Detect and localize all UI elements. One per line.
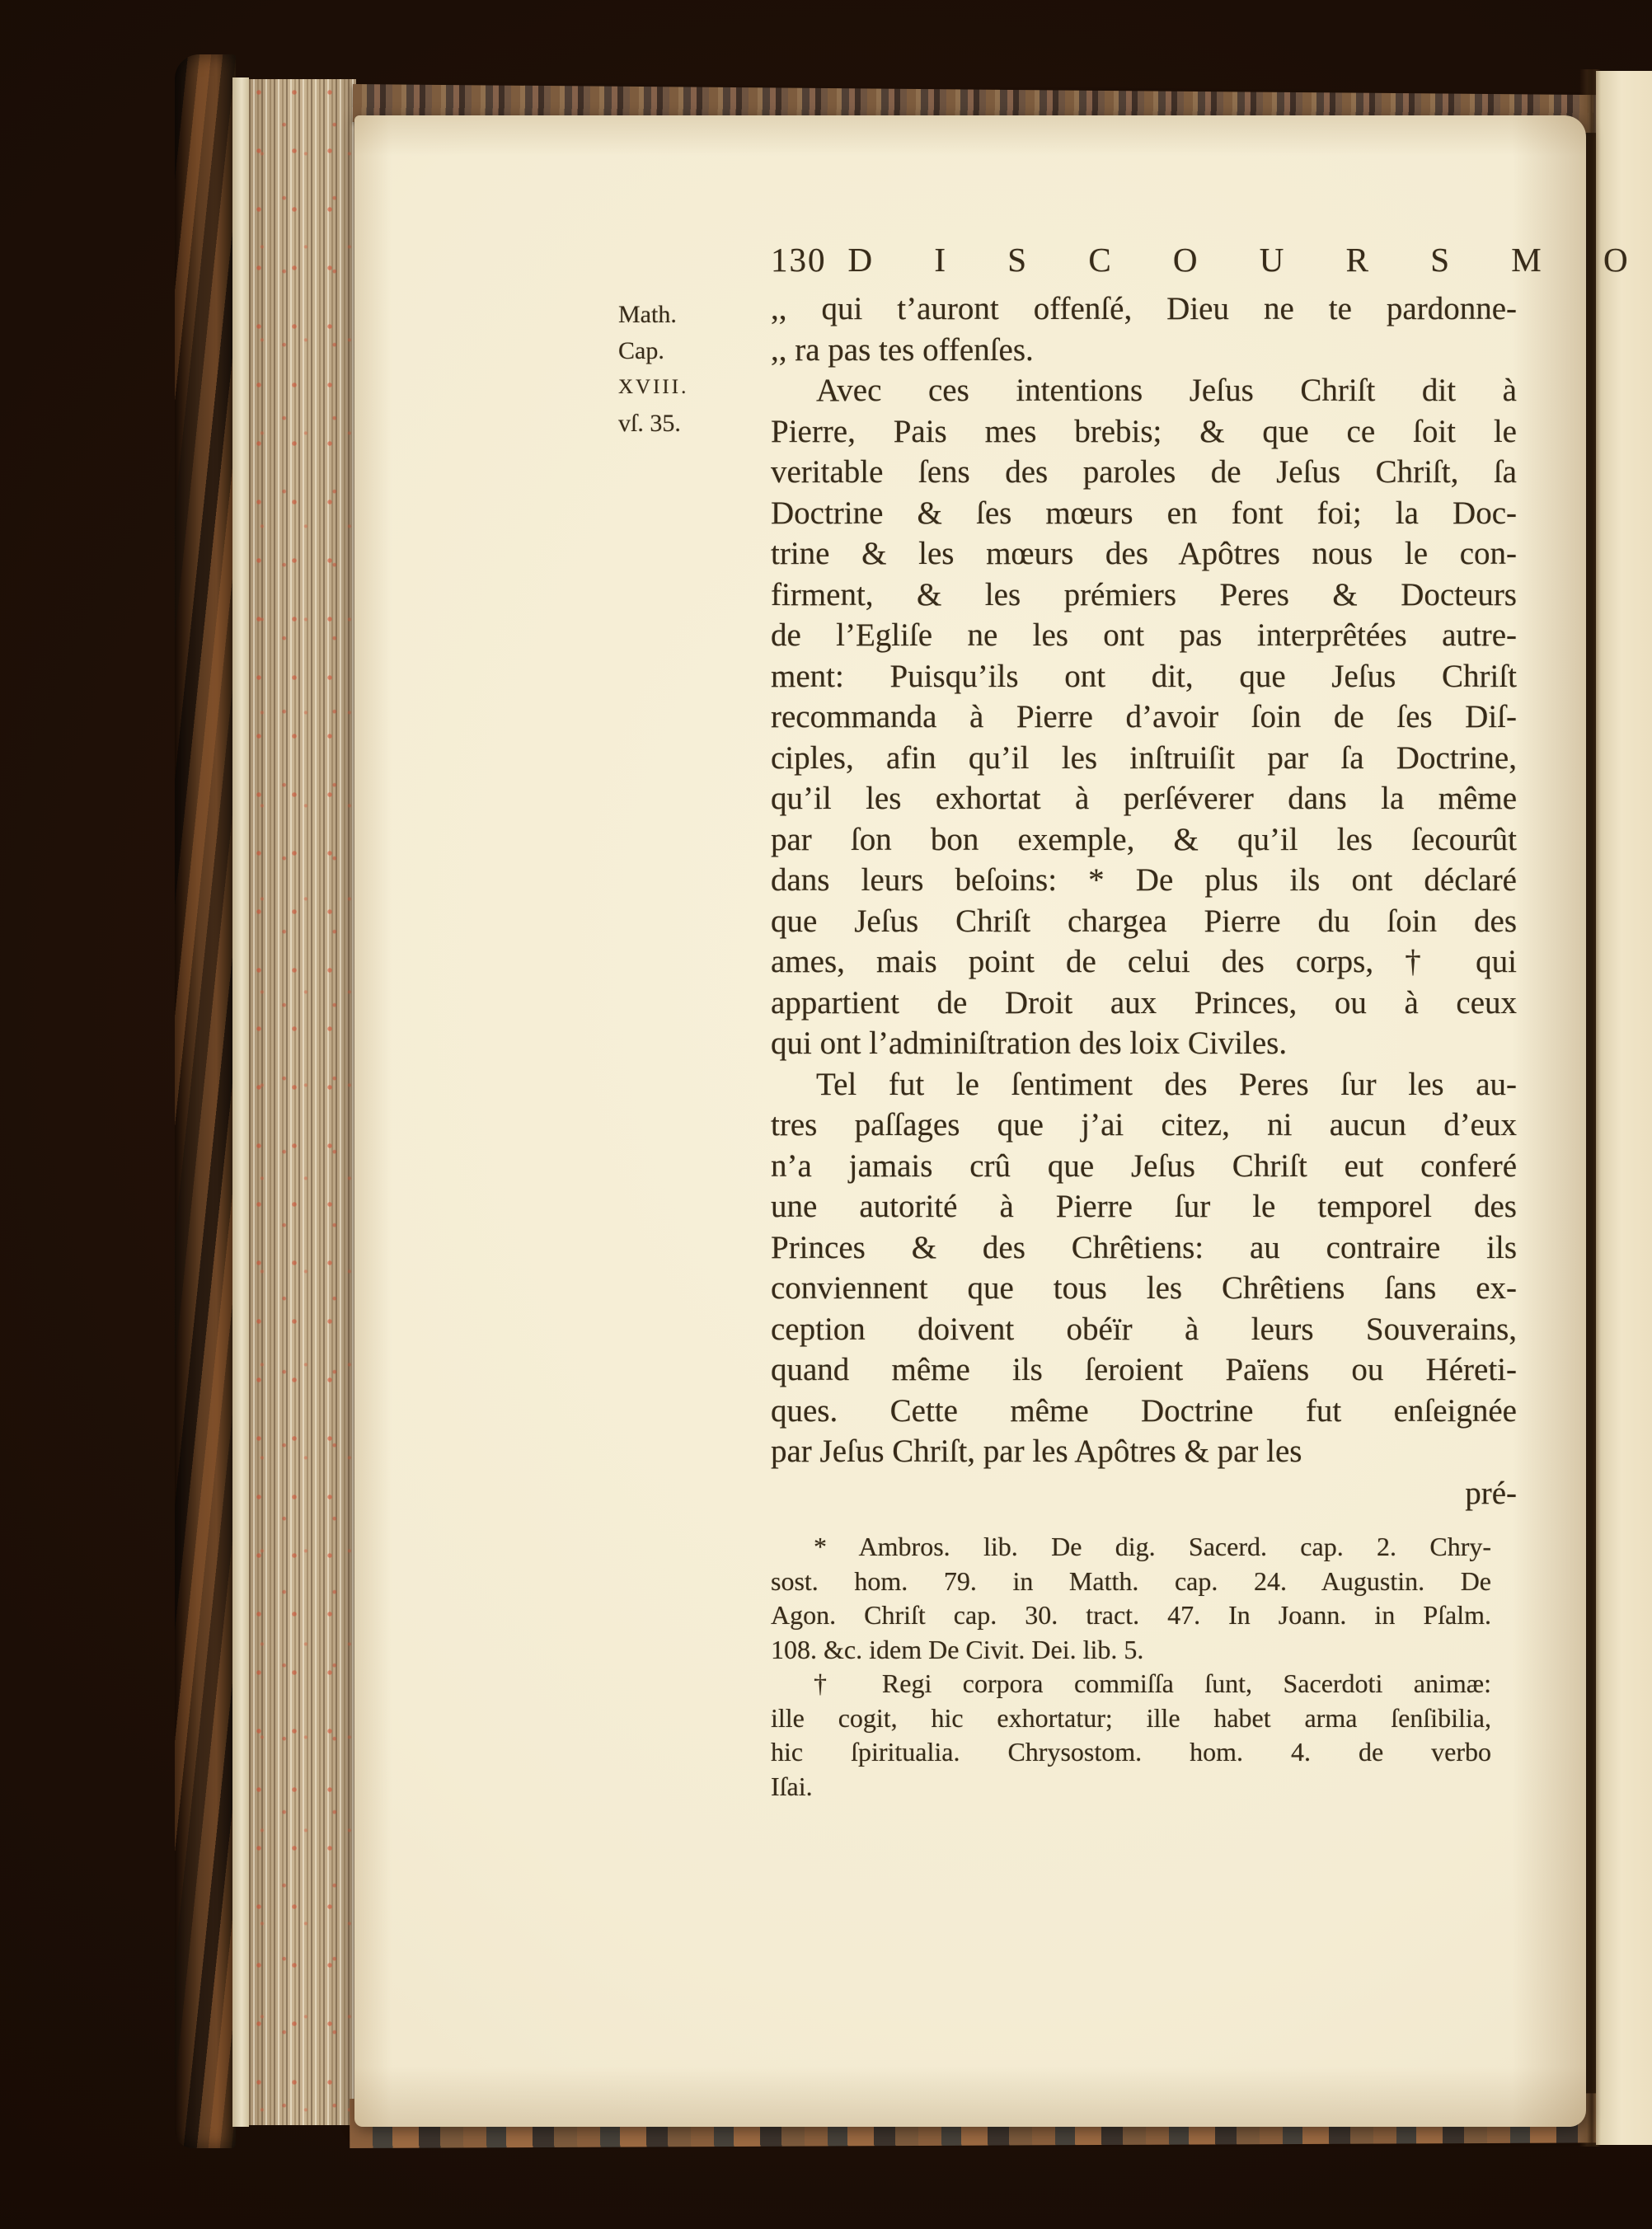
body-line: ciples, afin qu’il les inſtruiſit par ſa… [771, 738, 1517, 779]
body-line: Avec ces intentions Jeſus Chriſt dit à [771, 370, 1517, 411]
body-line: que Jeſus Chriſt chargea Pierre du ſoin … [771, 901, 1517, 942]
page-number: 130 [771, 241, 827, 279]
body-line: veritable ſens des paroles de Jeſus Chri… [771, 452, 1517, 493]
body-line: par Jeſus Chriſt, par les Apôtres & par … [771, 1431, 1517, 1472]
margin-note-line: vſ. 35. [618, 406, 765, 442]
body-line: ames, mais point de celui des corps, † q… [771, 941, 1517, 983]
body-line: n’a jamais crû que Jeſus Chriſt eut conf… [771, 1146, 1517, 1187]
book-spine-leather-edge [175, 54, 236, 2148]
footnote-line: * Ambros. lib. De dig. Sacerd. cap. 2. C… [771, 1530, 1491, 1565]
body-line: quand même ils ſeroient Païens ou Héreti… [771, 1349, 1517, 1391]
footnote-line: hic ſpiritualia. Chrysostom. hom. 4. de … [771, 1735, 1491, 1770]
footnote-line: Agon. Chriſt cap. 30. tract. 47. In Joan… [771, 1598, 1491, 1633]
fore-edge-page-block [249, 79, 356, 2125]
body-line: ,, qui t’auront offenſé, Dieu ne te pard… [771, 289, 1517, 330]
footnotes: * Ambros. lib. De dig. Sacerd. cap. 2. C… [771, 1530, 1491, 1804]
body-line: tres paſſages que j’ai citez, ni aucun d… [771, 1105, 1517, 1146]
footnote-line: † Regi corpora commiſſa ſunt, Sacerdoti … [771, 1667, 1491, 1701]
body-line: de l’Egliſe ne les ont pas interprêtées … [771, 615, 1517, 656]
catchword: pré- [771, 1473, 1517, 1514]
footnote-line: 108. &c. idem De Civit. Dei. lib. 5. [771, 1633, 1491, 1668]
body-line: qu’il les exhortat à perſéverer dans la … [771, 778, 1517, 819]
running-header: 130D I S C O U R S M O R A U X , [771, 241, 1521, 282]
body-line: appartient de Droit aux Princes, ou à ce… [771, 983, 1517, 1024]
footnote-line: sost. hom. 79. in Matth. cap. 24. August… [771, 1565, 1491, 1599]
margin-note: Math. Cap. XVIII. vſ. 35. [618, 297, 765, 442]
body-line: ques. Cette même Doctrine fut enſeignée [771, 1391, 1517, 1432]
book-page: 130D I S C O U R S M O R A U X , Math. C… [354, 115, 1586, 2127]
footnote-line: ille cogit, hic exhortatur; ille habet a… [771, 1701, 1491, 1736]
margin-note-line: XVIII. [618, 369, 765, 406]
body-line: firment, & les prémiers Peres & Docteurs [771, 575, 1517, 616]
body-line: ception doivent obéïr à leurs Souverains… [771, 1309, 1517, 1350]
body-line: ,, ra pas tes offenſes. [771, 330, 1517, 371]
body-line: Doctrine & ſes mœurs en font foi; la Doc… [771, 493, 1517, 534]
body-line: dans leurs beſoins: * De plus ils ont dé… [771, 860, 1517, 901]
facing-page-sliver [1596, 71, 1652, 2145]
body-line: conviennent que tous les Chrêtiens ſans … [771, 1268, 1517, 1309]
footnote-line: Iſai. [771, 1770, 1491, 1804]
flyleaf-page-edge [232, 77, 249, 2127]
body-text: ,, qui t’auront offenſé, Dieu ne te pard… [771, 289, 1517, 1513]
body-line: recommanda à Pierre d’avoir ſoin de ſes … [771, 697, 1517, 738]
body-line: par ſon bon exemple, & qu’il les ſecourû… [771, 819, 1517, 861]
body-line: une autorité à Pierre ſur le temporel de… [771, 1186, 1517, 1227]
body-line: Pierre, Pais mes brebis; & que ce ſoit l… [771, 411, 1517, 453]
body-line: ment: Puisqu’ils ont dit, que Jeſus Chri… [771, 656, 1517, 697]
body-line: Princes & des Chrêtiens: au contraire il… [771, 1227, 1517, 1269]
margin-note-line: Cap. [618, 333, 765, 369]
body-line: trine & les mœurs des Apôtres nous le co… [771, 533, 1517, 575]
body-line: qui ont l’adminiſtration des loix Civile… [771, 1023, 1517, 1064]
body-line: Tel fut le ſentiment des Peres ſur les a… [771, 1064, 1517, 1105]
margin-note-line: Math. [618, 297, 765, 333]
running-title: D I S C O U R S M O R A U X , [848, 241, 1652, 279]
book-photo: { "header": { "page_number": "130", "run… [0, 0, 1652, 2229]
